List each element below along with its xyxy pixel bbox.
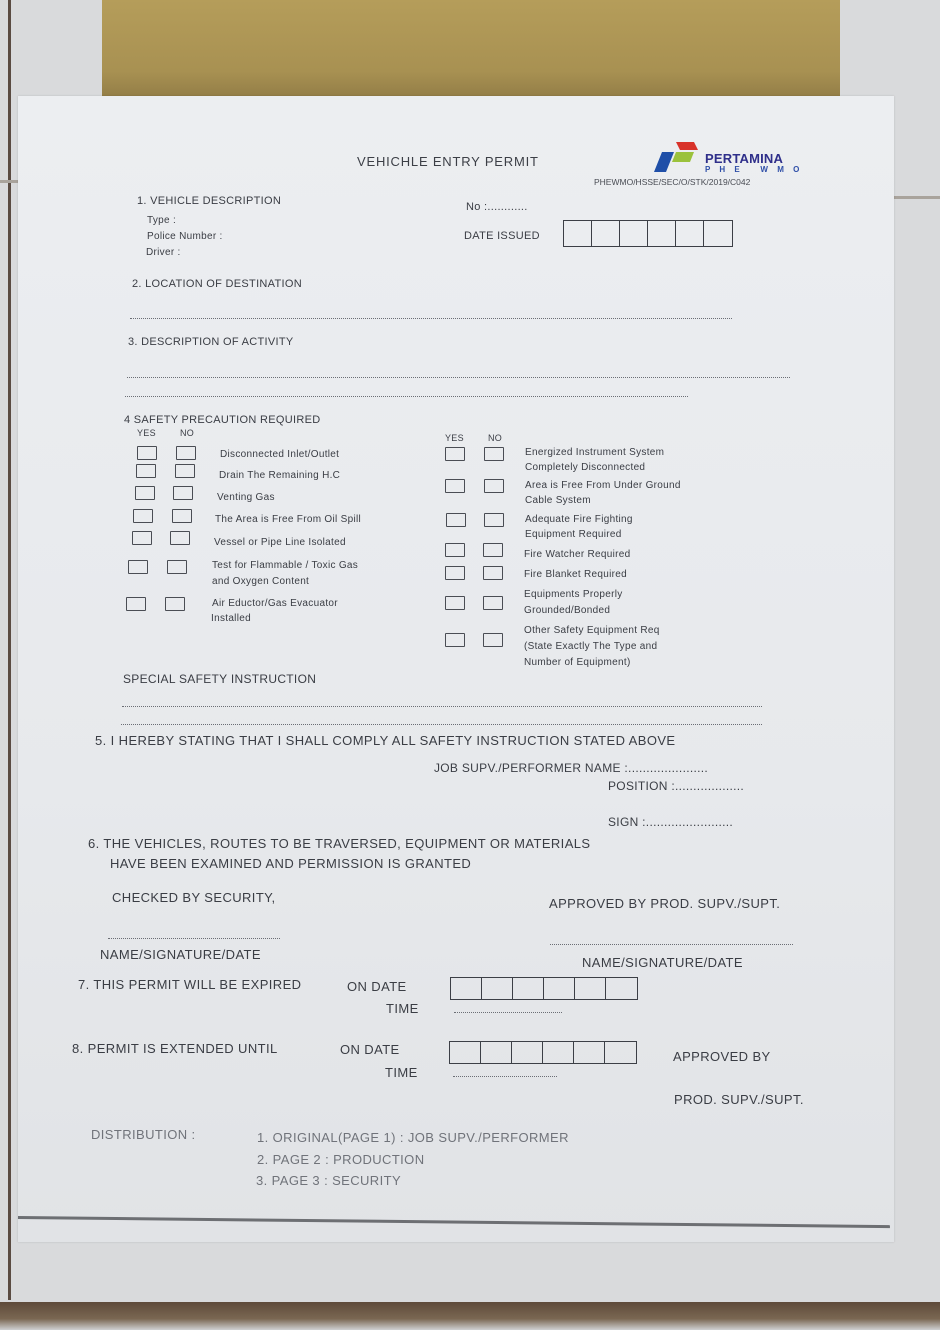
- no-checkbox[interactable]: [483, 566, 503, 580]
- yes-checkbox[interactable]: [445, 543, 465, 557]
- form-title: VEHICHLE ENTRY PERMIT: [357, 154, 539, 169]
- yes-checkbox[interactable]: [128, 560, 148, 574]
- pertamina-logo-icon: [654, 140, 704, 174]
- checklist-label: Equipments Properly: [524, 589, 623, 600]
- yes-checkbox[interactable]: [445, 596, 465, 610]
- section-3-heading: 3. DESCRIPTION OF ACTIVITY: [128, 336, 294, 348]
- no-checkbox[interactable]: [483, 543, 503, 557]
- checked-by-security-label: CHECKED BY SECURITY,: [112, 890, 276, 905]
- no-checkbox[interactable]: [484, 513, 504, 527]
- no-checkbox[interactable]: [167, 560, 187, 574]
- section-7-heading: 7. THIS PERMIT WILL BE EXPIRED: [78, 977, 301, 992]
- performer-sign-field[interactable]: SIGN :........................: [608, 815, 733, 829]
- left-no-header: NO: [180, 428, 194, 438]
- section-6-heading-line1: 6. THE VEHICLES, ROUTES TO BE TRAVERSED,…: [88, 836, 590, 851]
- checklist-label: Other Safety Equipment Req: [524, 625, 660, 636]
- right-yes-header: YES: [445, 433, 464, 443]
- permit-form: [18, 96, 894, 1242]
- extension-on-date-label: ON DATE: [340, 1042, 400, 1057]
- expiry-time-label: TIME: [386, 1001, 419, 1016]
- checklist-label: Fire Watcher Required: [524, 549, 631, 560]
- checklist-label-cont: Equipment Required: [525, 529, 622, 540]
- section-4-heading: 4 SAFETY PRECAUTION REQUIRED: [124, 414, 320, 426]
- no-checkbox[interactable]: [175, 464, 195, 478]
- checklist-label: Area is Free From Under Ground: [525, 480, 681, 491]
- checklist-label-cont: (State Exactly The Type and: [524, 641, 657, 652]
- checklist-label-cont: Cable System: [525, 495, 591, 506]
- yes-checkbox[interactable]: [137, 446, 157, 460]
- no-checkbox[interactable]: [173, 486, 193, 500]
- security-signature-caption: NAME/SIGNATURE/DATE: [100, 947, 261, 962]
- yes-checkbox[interactable]: [126, 597, 146, 611]
- section-6-heading-line2: HAVE BEEN EXAMINED AND PERMISSION IS GRA…: [110, 856, 471, 871]
- expiry-date-boxes[interactable]: [450, 977, 638, 1000]
- yes-checkbox[interactable]: [446, 513, 466, 527]
- extension-time-label: TIME: [385, 1065, 418, 1080]
- no-checkbox[interactable]: [170, 531, 190, 545]
- expiry-on-date-label: ON DATE: [347, 979, 407, 994]
- extension-approver-label: PROD. SUPV./SUPT.: [674, 1092, 804, 1107]
- checklist-label: Adequate Fire Fighting: [525, 514, 633, 525]
- checklist-label: Disconnected Inlet/Outlet: [220, 449, 339, 460]
- destination-line[interactable]: [130, 318, 732, 319]
- yes-checkbox[interactable]: [133, 509, 153, 523]
- tile-grout: [8, 0, 11, 1300]
- checklist-label-cont: Completely Disconnected: [525, 462, 645, 473]
- logo-name: PERTAMINA: [705, 151, 783, 166]
- section-2-heading: 2. LOCATION OF DESTINATION: [132, 278, 302, 290]
- section-1-heading: 1. VEHICLE DESCRIPTION: [137, 195, 281, 207]
- checklist-label: Energized Instrument System: [525, 447, 664, 458]
- special-instruction-line-1[interactable]: [122, 706, 762, 707]
- date-issued-label: DATE ISSUED: [464, 230, 540, 242]
- field-driver[interactable]: Driver :: [146, 247, 181, 258]
- yes-checkbox[interactable]: [445, 633, 465, 647]
- distribution-item: 1. ORIGINAL(PAGE 1) : JOB SUPV./PERFORME…: [257, 1130, 569, 1145]
- yes-checkbox[interactable]: [445, 566, 465, 580]
- checklist-label-cont: Installed: [211, 613, 251, 624]
- checklist-label: Fire Blanket Required: [524, 569, 627, 580]
- carbon-copy-cover: [102, 0, 840, 104]
- yes-checkbox[interactable]: [132, 531, 152, 545]
- section-8-heading: 8. PERMIT IS EXTENDED UNTIL: [72, 1041, 278, 1056]
- extension-approved-by-label: APPROVED BY: [673, 1049, 771, 1064]
- performer-position-field[interactable]: POSITION :...................: [608, 779, 744, 793]
- approver-signature-caption: NAME/SIGNATURE/DATE: [582, 955, 743, 970]
- no-checkbox[interactable]: [484, 447, 504, 461]
- checklist-label-cont: Grounded/Bonded: [524, 605, 610, 616]
- right-no-header: NO: [488, 433, 502, 443]
- field-no[interactable]: No :............: [466, 201, 528, 213]
- extension-date-boxes[interactable]: [449, 1041, 637, 1064]
- no-checkbox[interactable]: [483, 633, 503, 647]
- checklist-label: Test for Flammable / Toxic Gas: [212, 560, 358, 571]
- checklist-label: Air Eductor/Gas Evacuator: [212, 598, 338, 609]
- approver-signature-line[interactable]: [550, 944, 793, 945]
- special-instruction-line-2[interactable]: [121, 724, 762, 725]
- no-checkbox[interactable]: [484, 479, 504, 493]
- activity-line-2[interactable]: [125, 396, 688, 397]
- distribution-label: DISTRIBUTION :: [91, 1127, 196, 1142]
- performer-name-field[interactable]: JOB SUPV./PERFORMER NAME :..............…: [434, 761, 708, 775]
- checklist-label: The Area is Free From Oil Spill: [215, 514, 361, 525]
- document-code: PHEWMO/HSSE/SEC/O/STK/2019/C042: [594, 177, 750, 187]
- date-issued-boxes[interactable]: [563, 220, 733, 247]
- checklist-label-cont: Number of Equipment): [524, 657, 631, 668]
- expiry-time-line[interactable]: [454, 1012, 562, 1013]
- yes-checkbox[interactable]: [135, 486, 155, 500]
- left-yes-header: YES: [137, 428, 156, 438]
- checklist-label: Vessel or Pipe Line Isolated: [214, 537, 346, 548]
- field-police-number[interactable]: Police Number :: [147, 231, 223, 242]
- checklist-label: Drain The Remaining H.C: [219, 470, 340, 481]
- section-5-heading: 5. I HEREBY STATING THAT I SHALL COMPLY …: [95, 733, 675, 748]
- yes-checkbox[interactable]: [136, 464, 156, 478]
- distribution-item: 2. PAGE 2 : PRODUCTION: [257, 1152, 424, 1167]
- approved-by-label: APPROVED BY PROD. SUPV./SUPT.: [549, 896, 780, 911]
- field-type[interactable]: Type :: [147, 215, 176, 226]
- no-checkbox[interactable]: [165, 597, 185, 611]
- checklist-label-cont: and Oxygen Content: [212, 576, 309, 587]
- activity-line-1[interactable]: [127, 377, 790, 378]
- no-checkbox[interactable]: [172, 509, 192, 523]
- security-signature-line[interactable]: [108, 938, 280, 939]
- distribution-item: 3. PAGE 3 : SECURITY: [256, 1173, 401, 1188]
- special-safety-instruction-label: SPECIAL SAFETY INSTRUCTION: [123, 672, 316, 686]
- checklist-label: Venting Gas: [217, 492, 275, 503]
- extension-time-line[interactable]: [453, 1076, 557, 1077]
- table-edge: [0, 1302, 940, 1330]
- logo-subtitle: P H E W M O: [705, 165, 803, 174]
- no-checkbox[interactable]: [483, 596, 503, 610]
- yes-checkbox[interactable]: [445, 479, 465, 493]
- yes-checkbox[interactable]: [445, 447, 465, 461]
- no-checkbox[interactable]: [176, 446, 196, 460]
